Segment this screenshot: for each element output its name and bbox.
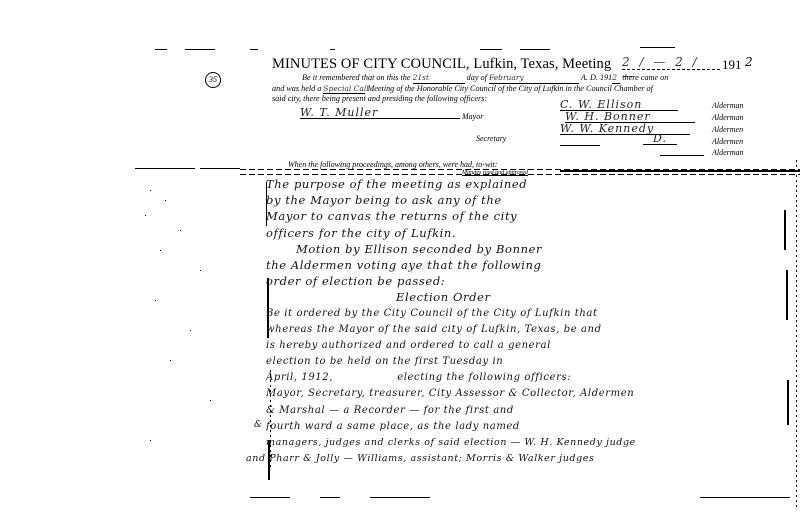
preamble-text: Be it remembered that on this the (302, 73, 411, 82)
scan-noise (185, 49, 215, 50)
preamble-text: there came on (622, 73, 668, 82)
preamble: Be it remembered that on this the 21st d… (272, 73, 792, 104)
mayor-signature: W. T. Muller (300, 106, 460, 119)
scan-speck (200, 270, 201, 271)
scan-noise (250, 49, 258, 50)
preamble-line-2: and was held a Special Call Meeting of t… (272, 84, 792, 95)
preamble-text: Meeting of the Honorable City Council of… (367, 84, 652, 93)
alderman-signature-5 (660, 143, 704, 156)
scan-speck (155, 300, 156, 301)
year-handwritten: 2 (745, 55, 753, 69)
preamble-line-1: Be it remembered that on this the 21st d… (272, 73, 792, 84)
handwritten-minutes: The purpose of the meeting as explained … (266, 176, 796, 467)
scan-speck (160, 250, 161, 251)
year-printed: 191 (722, 57, 742, 73)
divider-line (560, 170, 800, 172)
month-field: February (489, 73, 579, 84)
scan-noise (520, 49, 550, 50)
minutes-line: managers, judges and clerks of said elec… (266, 435, 796, 451)
alderman-label-1: Alderman (712, 101, 744, 110)
scan-speck (150, 440, 151, 441)
minutes-line: Be it ordered by the City Council of the… (266, 306, 796, 322)
minutes-line: order of election be passed: (266, 273, 796, 289)
alderman-blank-left (560, 133, 600, 146)
scan-speck (145, 215, 146, 216)
minutes-line: April, 1912, electing the following offi… (266, 370, 796, 386)
mayor-label: Mayor (462, 112, 483, 121)
scan-noise (250, 497, 290, 498)
right-edge-dots (796, 160, 797, 510)
alderman-label-2: Alderman (712, 113, 744, 122)
minutes-line: the Aldermen voting aye that the followi… (266, 257, 796, 273)
secretary-label: Secretary (476, 134, 506, 143)
minutes-line: by the Mayor being to ask any of the (266, 192, 796, 208)
scan-noise (155, 49, 167, 50)
scan-noise (640, 47, 675, 48)
preamble-text: day of (467, 73, 487, 82)
meeting-date-field: 2 / — 2 / — (622, 55, 720, 70)
minutes-line: fourth ward a same place, as the lady na… (266, 419, 796, 435)
year-field: 2 (612, 73, 620, 84)
minutes-line: Mayor to canvas the returns of the city (266, 208, 796, 224)
day-field: 21st (413, 73, 465, 84)
minutes-line: Motion by Ellison seconded by Bonner (266, 241, 796, 257)
minutes-line: election to be held on the first Tuesday… (266, 354, 796, 370)
minutes-line: & Marshal — a Recorder — for the first a… (266, 403, 796, 419)
minutes-line: Election Order (266, 289, 796, 305)
scan-speck (150, 190, 151, 191)
minutes-line: Mayor, Secretary, treasurer, City Assess… (266, 386, 796, 402)
scan-noise (330, 49, 335, 50)
margin-note: & (254, 420, 262, 430)
minutes-line: and Pharr & Jolly — Williams, assistant;… (246, 451, 796, 467)
meeting-type-field: Special Call (323, 84, 365, 95)
alderman-label-4: Aldermen (712, 137, 743, 146)
scan-speck (165, 200, 166, 201)
scan-noise (370, 497, 430, 498)
scan-speck (180, 230, 181, 231)
scan-noise (135, 168, 195, 169)
scan-speck (190, 330, 191, 331)
preamble-text: and was held a (272, 84, 321, 93)
scanned-document-page: 35 MINUTES OF CITY COUNCIL, Lufkin, Texa… (0, 0, 800, 518)
title-printed: MINUTES OF CITY COUNCIL, (272, 56, 470, 72)
scan-noise (200, 168, 240, 169)
scan-speck (210, 400, 211, 401)
divider-line (240, 174, 800, 175)
minutes-line: is hereby authorized and ordered to call… (266, 338, 796, 354)
proceedings-intro: When the following proceedings, among ot… (288, 160, 497, 169)
scan-speck (170, 360, 171, 361)
minutes-line: The purpose of the meeting as explained (266, 176, 796, 192)
secretary-signature (300, 130, 470, 142)
alderman-label-5: Alderman (712, 148, 744, 157)
scan-noise (320, 497, 340, 498)
alderman-label-3: Aldermen (712, 125, 743, 134)
minutes-line: whereas the Mayor of the said city of Lu… (266, 322, 796, 338)
title-city: Lufkin, Texas, Meeting (473, 56, 611, 72)
preamble-text: A. D. 191 (581, 73, 612, 82)
page-number-badge: 35 (205, 72, 221, 88)
minutes-line: officers for the city of Lufkin. (266, 225, 796, 241)
scan-noise (700, 497, 790, 498)
scan-noise (480, 49, 502, 50)
document-title: MINUTES OF CITY COUNCIL, Lufkin, Texas, … (272, 56, 611, 73)
